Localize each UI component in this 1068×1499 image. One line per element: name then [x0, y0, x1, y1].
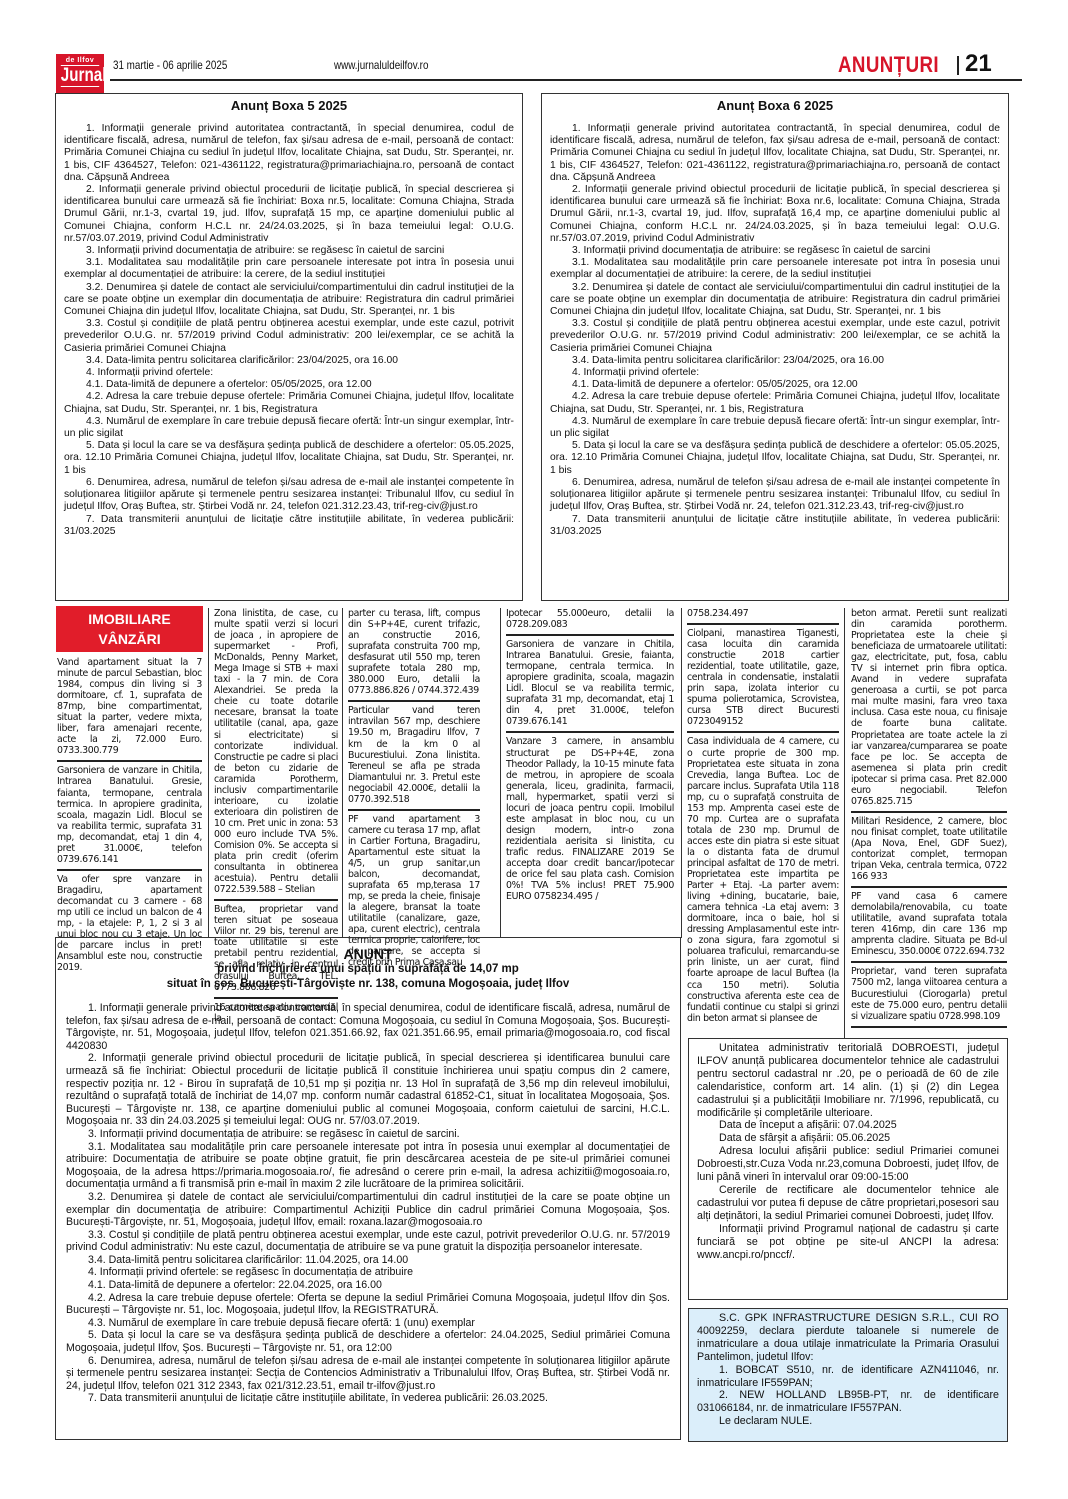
logo-subtitle: de Ilfov	[56, 56, 104, 65]
column-divider	[500, 608, 501, 938]
notice-paragraph: 1. Informații generale privind autoritat…	[66, 1002, 670, 1052]
boxa5-title: Anunț Boxa 5 2025	[64, 98, 514, 113]
notice-paragraph: 4.2. Adresa la care trebuie depuse ofert…	[66, 1292, 670, 1317]
section-separator	[957, 56, 959, 75]
notice-paragraph: 3.3. Costul și condițiile de plată pentr…	[66, 1229, 670, 1254]
classified-ad: Zona linistita, de case, cu multe spatii…	[214, 605, 338, 901]
classified-ad: Casa individuala de 4 camere, cu o curte…	[687, 733, 839, 1027]
notice-paragraph: 3. Informații privind documentația de at…	[550, 245, 1000, 257]
boxa5-notice: Anunț Boxa 5 2025 1. Informații generale…	[55, 93, 523, 601]
mogosoaia-title: ANUNȚ	[66, 946, 670, 962]
boxa5-body: 1. Informații generale privind autoritat…	[64, 123, 514, 538]
notice-paragraph: 4. Informații privind ofertele:	[64, 367, 514, 379]
classifieds-column-4: Ipotecar 55.000euro, detalii la 0728.209…	[506, 605, 674, 906]
notice-paragraph: 3. Informații privind documentația de at…	[66, 1128, 670, 1141]
notice-paragraph: 3.2. Denumirea și datele de contact ale …	[64, 282, 514, 319]
notice-paragraph: 7. Data transmiterii anunțului de licita…	[66, 1392, 670, 1405]
notice-paragraph: 3.3. Costul și condițiile de plată pentr…	[64, 318, 514, 355]
issue-date: 31 martie - 06 aprilie 2025	[113, 58, 227, 72]
classifieds-column-1: Vand apartament situat la 7 minute de pa…	[57, 654, 202, 977]
notice-paragraph: 6. Denumirea, adresa, numărul de telefon…	[66, 1355, 670, 1393]
classified-ad: Vanzare 3 camere, in ansamblu structurat…	[506, 733, 674, 906]
notice-paragraph: 1. Informații generale privind autoritat…	[550, 123, 1000, 184]
notice-paragraph: 4.2. Adresa la care trebuie depuse ofert…	[64, 391, 514, 415]
notice-paragraph: 4.1. Data-limită de depunere a ofertelor…	[550, 379, 1000, 391]
dobroesti-body: Unitatea administrativ teritorială DOBRO…	[697, 1042, 999, 1261]
notice-paragraph: 5. Data și locul la care se va desfășura…	[66, 1329, 670, 1354]
classified-ad: Proprietar, vand teren suprafata 7500 m2…	[851, 963, 1007, 1027]
classifieds-subcategory: VÂNZĂRI	[56, 629, 203, 649]
classified-ad: Vand apartament situat la 7 minute de pa…	[57, 654, 202, 762]
notice-paragraph: Data de început a afișării: 07.04.2025	[697, 1119, 999, 1132]
gpk-lost-plates-notice: S.C. GPK INFRASTRUCTURE DESIGN S.R.L., C…	[688, 1308, 1008, 1442]
boxa6-title: Anunț Boxa 6 2025	[550, 98, 1000, 113]
classified-ad: parter cu terasa, lift, compus din S+P+4…	[348, 605, 480, 702]
classified-ad: 0758.234.497	[687, 605, 839, 625]
notice-paragraph: Adresa locului afișării publice: sediul …	[697, 1145, 999, 1184]
notice-paragraph: 6. Denumirea, adresa, numărul de telefon…	[64, 477, 514, 514]
column-divider	[208, 608, 209, 938]
classified-ad: Ciolpani, manastirea Tiganesti, casa loc…	[687, 625, 839, 733]
classified-ad: PF vand casa 6 camere demolabila/renovab…	[851, 888, 1007, 963]
notice-paragraph: Informații privind Programul național de…	[697, 1223, 999, 1262]
notice-paragraph: 2. Informații generale privind obiectul …	[64, 184, 514, 245]
notice-paragraph: 3.1. Modalitatea sau modalitățile prin c…	[64, 257, 514, 281]
boxa6-body: 1. Informații generale privind autoritat…	[550, 123, 1000, 538]
classifieds-column-5: 0758.234.497Ciolpani, manastirea Tiganes…	[687, 605, 839, 1028]
classified-ad: Particular vand teren intravilan 567 mp,…	[348, 702, 480, 810]
notice-paragraph: Data de sfârșit a afișării: 05.06.2025	[697, 1132, 999, 1145]
notice-paragraph: S.C. GPK INFRASTRUCTURE DESIGN S.R.L., C…	[697, 1312, 999, 1364]
gpk-body: S.C. GPK INFRASTRUCTURE DESIGN S.R.L., C…	[697, 1312, 999, 1428]
notice-paragraph: 4. Informații privind ofertele: se regăs…	[66, 1266, 670, 1279]
notice-paragraph: 3.4. Data-limita pentru solicitarea clar…	[550, 355, 1000, 367]
notice-paragraph: 4.1. Data-limită de depunere a ofertelor…	[66, 1279, 670, 1292]
notice-paragraph: 3.1. Modalitatea sau modalitățile prin c…	[66, 1141, 670, 1191]
notice-paragraph: 7. Data transmiterii anunțului de licita…	[550, 514, 1000, 538]
notice-paragraph: 5. Data și locul la care se va desfășura…	[550, 440, 1000, 477]
column-divider	[342, 608, 343, 938]
website-link[interactable]: www.jurnaluldeilfov.ro	[334, 58, 428, 72]
notice-paragraph: 6. Denumirea, adresa, numărul de telefon…	[550, 477, 1000, 514]
mogosoaia-subtitle-2: situat în șos. București-Târgoviște nr. …	[66, 977, 670, 992]
notice-paragraph: 2. Informații generale privind obiectul …	[66, 1052, 670, 1128]
notice-paragraph: Cererile de rectificare ale documentelor…	[697, 1184, 999, 1223]
column-divider	[844, 608, 845, 1038]
notice-paragraph: Unitatea administrativ teritorială DOBRO…	[697, 1042, 999, 1119]
classifieds-column-6: beton armat. Peretii sunt realizati din …	[851, 605, 1007, 1028]
dobroesti-notice: Unitatea administrativ teritorială DOBRO…	[688, 1038, 1008, 1300]
notice-paragraph: 4. Informații privind ofertele:	[550, 367, 1000, 379]
page-number: 21	[965, 50, 992, 78]
notice-paragraph: 1. Informații generale privind autoritat…	[64, 123, 514, 184]
boxa6-notice: Anunț Boxa 6 2025 1. Informații generale…	[541, 93, 1009, 601]
classified-ad: Ipotecar 55.000euro, detalii la 0728.209…	[506, 605, 674, 636]
notice-paragraph: 1. BOBCAT S510, nr. de identificare AZN4…	[697, 1364, 999, 1390]
logo-title: Jurnalul	[61, 65, 99, 87]
notice-paragraph: 4.2. Adresa la care trebuie depuse ofert…	[550, 391, 1000, 415]
section-title: ANUNȚURI	[838, 52, 939, 78]
notice-paragraph: 4.3. Numărul de exemplare în care trebui…	[66, 1317, 670, 1330]
notice-paragraph: 3. Informații privind documentația de at…	[64, 245, 514, 257]
classifieds-category: IMOBILIARE	[56, 609, 203, 629]
column-divider	[681, 608, 682, 938]
notice-paragraph: 3.4. Data-limita pentru solicitarea clar…	[64, 355, 514, 367]
classified-ad: beton armat. Peretii sunt realizati din …	[851, 605, 1007, 813]
newspaper-logo: de Ilfov Jurnalul	[56, 54, 104, 94]
mogosoaia-subtitle-1: privind închirierea unui spațiu în supra…	[66, 962, 670, 977]
classifieds-column-3: parter cu terasa, lift, compus din S+P+4…	[348, 605, 480, 972]
mogosoaia-body: 1. Informații generale privind autoritat…	[66, 1002, 670, 1405]
notice-paragraph: 4.3. Numărul de exemplare în care trebui…	[550, 416, 1000, 440]
notice-paragraph: 3.1. Modalitatea sau modalitățile prin c…	[550, 257, 1000, 281]
classified-ad: Garsoniera de vanzare in Chitila, Intrar…	[57, 762, 202, 870]
notice-paragraph: 2. Informații generale privind obiectul …	[550, 184, 1000, 245]
classified-ad: Garsoniera de vanzare in Chitila, Intrar…	[506, 636, 674, 733]
notice-paragraph: 3.2. Denumirea și datele de contact ale …	[550, 282, 1000, 319]
notice-paragraph: 3.3. Costul și condițiile de plată pentr…	[550, 318, 1000, 355]
notice-paragraph: 3.2. Denumirea și datele de contact ale …	[66, 1191, 670, 1229]
classifieds-heading: IMOBILIARE VÂNZĂRI	[56, 606, 203, 652]
notice-paragraph: 4.1. Data-limită de depunere a ofertelor…	[64, 379, 514, 391]
notice-paragraph: 3.4. Data-limită pentru solicitarea clar…	[66, 1254, 670, 1267]
notice-paragraph: Le declaram NULE.	[697, 1415, 999, 1428]
notice-paragraph: 4.3. Numărul de exemplare în care trebui…	[64, 416, 514, 440]
mogosoaia-notice: ANUNȚ privind închirierea unui spațiu în…	[55, 937, 681, 1440]
notice-paragraph: 2. NEW HOLLAND LB95B-PT, nr. de identifi…	[697, 1389, 999, 1415]
classified-ad: Militari Residence, 2 camere, bloc nou f…	[851, 813, 1007, 888]
notice-paragraph: 5. Data și locul la care se va desfășura…	[64, 440, 514, 477]
header-divider	[110, 79, 1022, 81]
notice-paragraph: 7. Data transmiterii anunțului de licita…	[64, 514, 514, 538]
